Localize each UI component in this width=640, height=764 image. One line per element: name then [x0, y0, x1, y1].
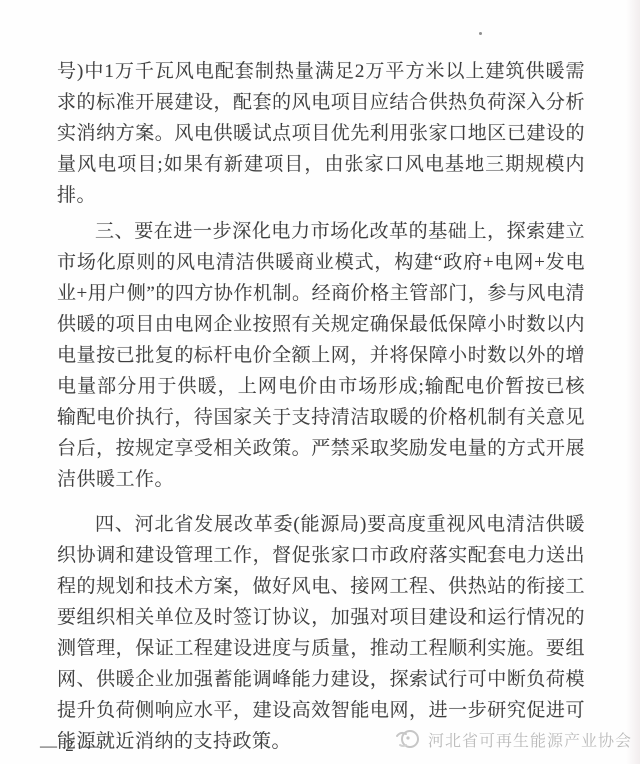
scan-noise-speck	[479, 32, 482, 35]
text-line: 网、供暖企业加强蓄能调峰能力建设，探索试行可中断负荷模式，	[57, 664, 585, 695]
text-line: 程的规划和技术方案，做好风电、接网工程、供热站的衔接工作。	[57, 571, 585, 602]
text-line: 要组织相关单位及时签订协议，加强对项目建设和运行情况的监	[57, 602, 585, 633]
text-line: 输配电价执行，待国家关于支持清洁取暖的价格机制有关意见出	[57, 402, 585, 433]
text-line: 供暖的项目由电网企业按照有关规定确保最低保障小时数以内的	[57, 309, 585, 340]
paragraph-continuation: 号)中1万千瓦风电配套制热量满足2万平方米以上建筑供暖需 求的标准开展建设，配套…	[57, 56, 585, 211]
text-line: 四、河北省发展改革委(能源局)要高度重视风电清洁供暖组	[57, 509, 585, 540]
text-line: 织协调和建设管理工作，督促张家口市政府落实配套电力送出工	[57, 540, 585, 571]
text-line: 洁供暖工作。	[57, 464, 585, 495]
text-line: 求的标准开展建设，配套的风电项目应结合供热负荷深入分析落	[57, 87, 585, 118]
document-body: 号)中1万千瓦风电配套制热量满足2万平方米以上建筑供暖需 求的标准开展建设，配套…	[57, 56, 585, 757]
text-line: 业+用户侧”的四方协作机制。经商价格主管部门，参与风电清洁	[57, 278, 585, 309]
paragraph-item-four: 四、河北省发展改革委(能源局)要高度重视风电清洁供暖组 织协调和建设管理工作，督…	[57, 509, 585, 757]
text-line: 测管理，保证工程建设进度与质量，推动工程顺利实施。要组织电	[57, 633, 585, 664]
watermark-text: 河北省可再生能源产业协会	[428, 728, 632, 751]
text-line: 市场化原则的风电清洁供暖商业模式，构建“政府+电网+发电企	[57, 247, 585, 278]
association-logo-icon	[395, 726, 421, 752]
watermark: 河北省可再生能源产业协会	[395, 726, 632, 752]
text-line: 排。	[57, 180, 585, 211]
scanned-document-page: 号)中1万千瓦风电配套制热量满足2万平方米以上建筑供暖需 求的标准开展建设，配套…	[0, 0, 640, 764]
text-line: 电量按已批复的标杆电价全额上网，并将保障小时数以外的增发	[57, 340, 585, 371]
page-number: — 2 —	[40, 736, 101, 756]
paragraph-item-three: 三、要在进一步深化电力市场化改革的基础上，探索建立符合 市场化原则的风电清洁供暖…	[57, 216, 585, 495]
text-line: 电量部分用于供暖，上网电价由市场形成;输配电价暂按已核定的	[57, 371, 585, 402]
text-line: 三、要在进一步深化电力市场化改革的基础上，探索建立符合	[57, 216, 585, 247]
scan-edge-shadow	[626, 0, 640, 764]
text-line: 量风电项目;如果有新建项目，由张家口风电基地三期规模内安	[57, 149, 585, 180]
text-line: 提升负荷侧响应水平，建设高效智能电网，进一步研究促进可再生	[57, 695, 585, 726]
text-line: 实消纳方案。风电供暖试点项目优先利用张家口地区已建设的存	[57, 118, 585, 149]
text-line: 号)中1万千瓦风电配套制热量满足2万平方米以上建筑供暖需	[57, 56, 585, 87]
text-line: 台后，按规定享受相关政策。严禁采取奖励发电量的方式开展清	[57, 433, 585, 464]
